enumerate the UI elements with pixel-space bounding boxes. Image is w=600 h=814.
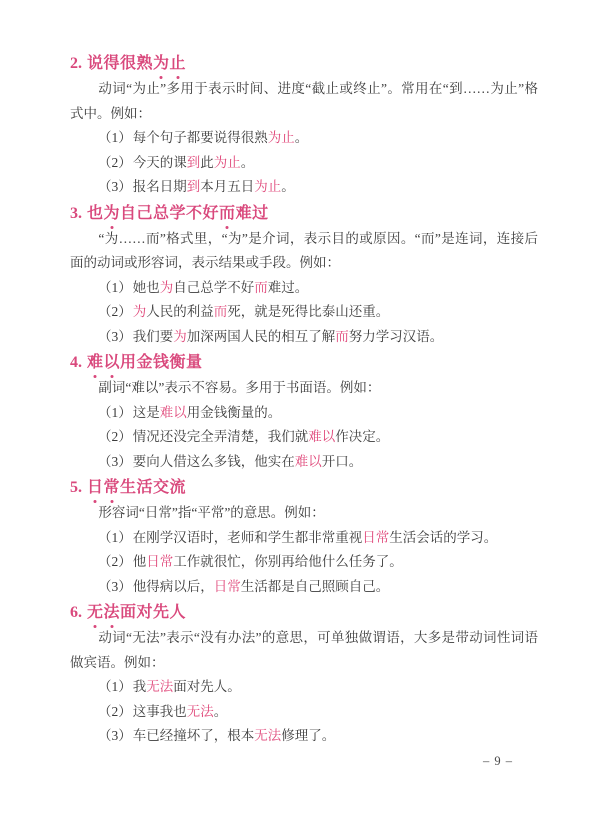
example-label: （3） bbox=[98, 179, 132, 194]
example-label: （2） bbox=[98, 429, 132, 444]
example-text: 他 bbox=[133, 554, 147, 569]
example-text: 。 bbox=[281, 179, 295, 194]
example-sentence: （1）她也为自己总学不好而难过。 bbox=[98, 276, 538, 301]
highlighted-word: 日常 bbox=[146, 554, 173, 569]
example-text: 这事我也 bbox=[133, 704, 187, 719]
example-sentence: （3）报名日期到本月五日为止。 bbox=[98, 175, 538, 200]
highlighted-word: 日常 bbox=[362, 530, 389, 545]
example-text: 在刚学汉语时，老师和学生都非常重视 bbox=[133, 530, 363, 545]
example-label: （1） bbox=[98, 280, 132, 295]
highlighted-word: 难以 bbox=[295, 454, 322, 469]
sections: 2.说得很熟为止动词“为止”多用于表示时间、进度“截止或终止”。常用在“到……为… bbox=[70, 52, 538, 751]
example-label: （2） bbox=[98, 155, 132, 170]
example-text: 。 bbox=[241, 155, 255, 170]
example-label: （3） bbox=[98, 579, 132, 594]
section-heading: 3.也为自己总学不好而难过 bbox=[70, 202, 538, 226]
highlighted-word: 而 bbox=[214, 304, 228, 319]
emphasized-char: 法 bbox=[104, 601, 121, 625]
section-heading: 5.日常生活交流 bbox=[70, 476, 538, 500]
example-label: （3） bbox=[98, 728, 132, 743]
example-label: （3） bbox=[98, 329, 132, 344]
highlighted-word: 为 bbox=[160, 280, 174, 295]
example-text: 情况还没完全弄清楚，我们就 bbox=[133, 429, 309, 444]
section-explanation: 动词“为止”多用于表示时间、进度“截止或终止”。常用在“到……为止”格式中。例如… bbox=[70, 77, 538, 126]
example-sentence: （2）他日常工作就很忙，你别再给他什么任务了。 bbox=[98, 550, 538, 575]
textbook-page: 2.说得很熟为止动词“为止”多用于表示时间、进度“截止或终止”。常用在“到……为… bbox=[0, 0, 600, 814]
section-heading: 6.无法面对先人 bbox=[70, 601, 538, 625]
section-number: 2. bbox=[70, 55, 82, 72]
emphasized-char: 日 bbox=[87, 476, 104, 500]
emphasized-char: 止 bbox=[170, 52, 187, 76]
highlighted-word: 日常 bbox=[214, 579, 241, 594]
highlighted-word: 到 bbox=[187, 155, 201, 170]
example-text: 开口。 bbox=[322, 454, 363, 469]
example-text: 生活都是自己照顾自己。 bbox=[241, 579, 390, 594]
highlighted-word: 无法 bbox=[187, 704, 214, 719]
section-explanation: 形容词“日常”指“平常”的意思。例如： bbox=[70, 501, 538, 526]
example-sentence: （1）我无法面对先人。 bbox=[98, 675, 538, 700]
example-sentence: （2）今天的课到此为止。 bbox=[98, 151, 538, 176]
grammar-section-6: 6.无法面对先人动词“无法”表示“没有办法”的意思，可单独做谓语，大多是带动词性… bbox=[70, 601, 538, 749]
example-text: 此 bbox=[200, 155, 214, 170]
grammar-section-4: 4.难以用金钱衡量副词“难以”表示不容易。多用于书面语。例如：（1）这是难以用金… bbox=[70, 351, 538, 474]
section-heading: 2.说得很熟为止 bbox=[70, 52, 538, 76]
highlighted-word: 为 bbox=[173, 329, 187, 344]
example-text: 用金钱衡量的。 bbox=[187, 405, 282, 420]
highlighted-word: 而 bbox=[335, 329, 349, 344]
section-number: 4. bbox=[70, 354, 82, 371]
example-sentence: （2）情况还没完全弄清楚，我们就难以作决定。 bbox=[98, 425, 538, 450]
section-explanation: 副词“难以”表示不容易。多用于书面语。例如： bbox=[70, 376, 538, 401]
example-label: （1） bbox=[98, 130, 132, 145]
example-label: （2） bbox=[98, 554, 132, 569]
example-label: （2） bbox=[98, 704, 132, 719]
emphasized-char: 为 bbox=[104, 202, 121, 226]
emphasized-char: 常 bbox=[104, 476, 121, 500]
highlighted-word: 为止 bbox=[214, 155, 241, 170]
emphasized-char: 难 bbox=[87, 351, 104, 375]
example-label: （3） bbox=[98, 454, 132, 469]
example-sentence: （1）这是难以用金钱衡量的。 bbox=[98, 401, 538, 426]
grammar-section-2: 2.说得很熟为止动词“为止”多用于表示时间、进度“截止或终止”。常用在“到……为… bbox=[70, 52, 538, 200]
example-text: 她也 bbox=[133, 280, 160, 295]
emphasized-char: 无 bbox=[87, 601, 104, 625]
example-sentence: （1）在刚学汉语时，老师和学生都非常重视日常生活会话的学习。 bbox=[98, 526, 538, 551]
example-text: 。 bbox=[214, 704, 228, 719]
example-text: 这是 bbox=[133, 405, 160, 420]
example-sentence: （1）每个句子都要说得很熟为止。 bbox=[98, 126, 538, 151]
highlighted-word: 为 bbox=[133, 304, 147, 319]
example-text: 修理了。 bbox=[281, 728, 335, 743]
example-text: 人民的利益 bbox=[146, 304, 214, 319]
example-label: （1） bbox=[98, 405, 132, 420]
example-text: 报名日期 bbox=[133, 179, 187, 194]
grammar-section-3: 3.也为自己总学不好而难过“为……而”格式里，“为”是介词，表示目的或原因。“而… bbox=[70, 202, 538, 350]
example-text: 本月五日 bbox=[200, 179, 254, 194]
emphasized-char: 而 bbox=[219, 202, 236, 226]
example-text: 生活会话的学习。 bbox=[389, 530, 497, 545]
example-text: 工作就很忙，你别再给他什么任务了。 bbox=[173, 554, 403, 569]
example-text: 要向人借这么多钱，他实在 bbox=[133, 454, 295, 469]
grammar-section-5: 5.日常生活交流形容词“日常”指“平常”的意思。例如：（1）在刚学汉语时，老师和… bbox=[70, 476, 538, 599]
example-text: 我们要 bbox=[133, 329, 174, 344]
example-sentence: （3）我们要为加深两国人民的相互了解而努力学习汉语。 bbox=[98, 325, 538, 350]
example-sentence: （2）为人民的利益而死，就是死得比泰山还重。 bbox=[98, 300, 538, 325]
example-text: 加深两国人民的相互了解 bbox=[187, 329, 336, 344]
example-text: 自己总学不好 bbox=[173, 280, 254, 295]
section-explanation: 动词“无法”表示“没有办法”的意思，可单独做谓语，大多是带动词性词语做宾语。例如… bbox=[70, 626, 538, 675]
highlighted-word: 到 bbox=[187, 179, 201, 194]
highlighted-word: 难以 bbox=[160, 405, 187, 420]
emphasized-char: 为 bbox=[153, 52, 170, 76]
example-text: 每个句子都要说得很熟 bbox=[133, 130, 268, 145]
highlighted-word: 无法 bbox=[146, 679, 173, 694]
example-sentence: （3）车已经撞坏了，根本无法修理了。 bbox=[98, 724, 538, 749]
example-text: 努力学习汉语。 bbox=[349, 329, 444, 344]
highlighted-word: 难以 bbox=[308, 429, 335, 444]
example-text: 难过。 bbox=[268, 280, 309, 295]
example-text: 作决定。 bbox=[335, 429, 389, 444]
example-text: 我 bbox=[133, 679, 147, 694]
section-explanation: “为……而”格式里，“为”是介词，表示目的或原因。“而”是连词，连接后面的动词或… bbox=[70, 227, 538, 276]
example-label: （2） bbox=[98, 304, 132, 319]
example-text: 今天的课 bbox=[133, 155, 187, 170]
highlighted-word: 为止 bbox=[254, 179, 281, 194]
example-text: 车已经撞坏了，根本 bbox=[133, 728, 255, 743]
example-label: （1） bbox=[98, 679, 132, 694]
example-sentence: （2）这事我也无法。 bbox=[98, 700, 538, 725]
example-sentence: （3）他得病以后，日常生活都是自己照顾自己。 bbox=[98, 575, 538, 600]
section-number: 5. bbox=[70, 479, 82, 496]
example-text: 面对先人。 bbox=[173, 679, 241, 694]
highlighted-word: 无法 bbox=[254, 728, 281, 743]
example-text: 死，就是死得比泰山还重。 bbox=[227, 304, 389, 319]
highlighted-word: 而 bbox=[254, 280, 268, 295]
section-heading: 4.难以用金钱衡量 bbox=[70, 351, 538, 375]
example-text: 他得病以后， bbox=[133, 579, 214, 594]
page-number: – 9 – bbox=[453, 754, 543, 769]
section-number: 3. bbox=[70, 205, 82, 222]
section-number: 6. bbox=[70, 604, 82, 621]
example-sentence: （3）要向人借这么多钱，他实在难以开口。 bbox=[98, 450, 538, 475]
highlighted-word: 为止 bbox=[268, 130, 295, 145]
emphasized-char: 以 bbox=[104, 351, 121, 375]
example-text: 。 bbox=[295, 130, 309, 145]
example-label: （1） bbox=[98, 530, 132, 545]
